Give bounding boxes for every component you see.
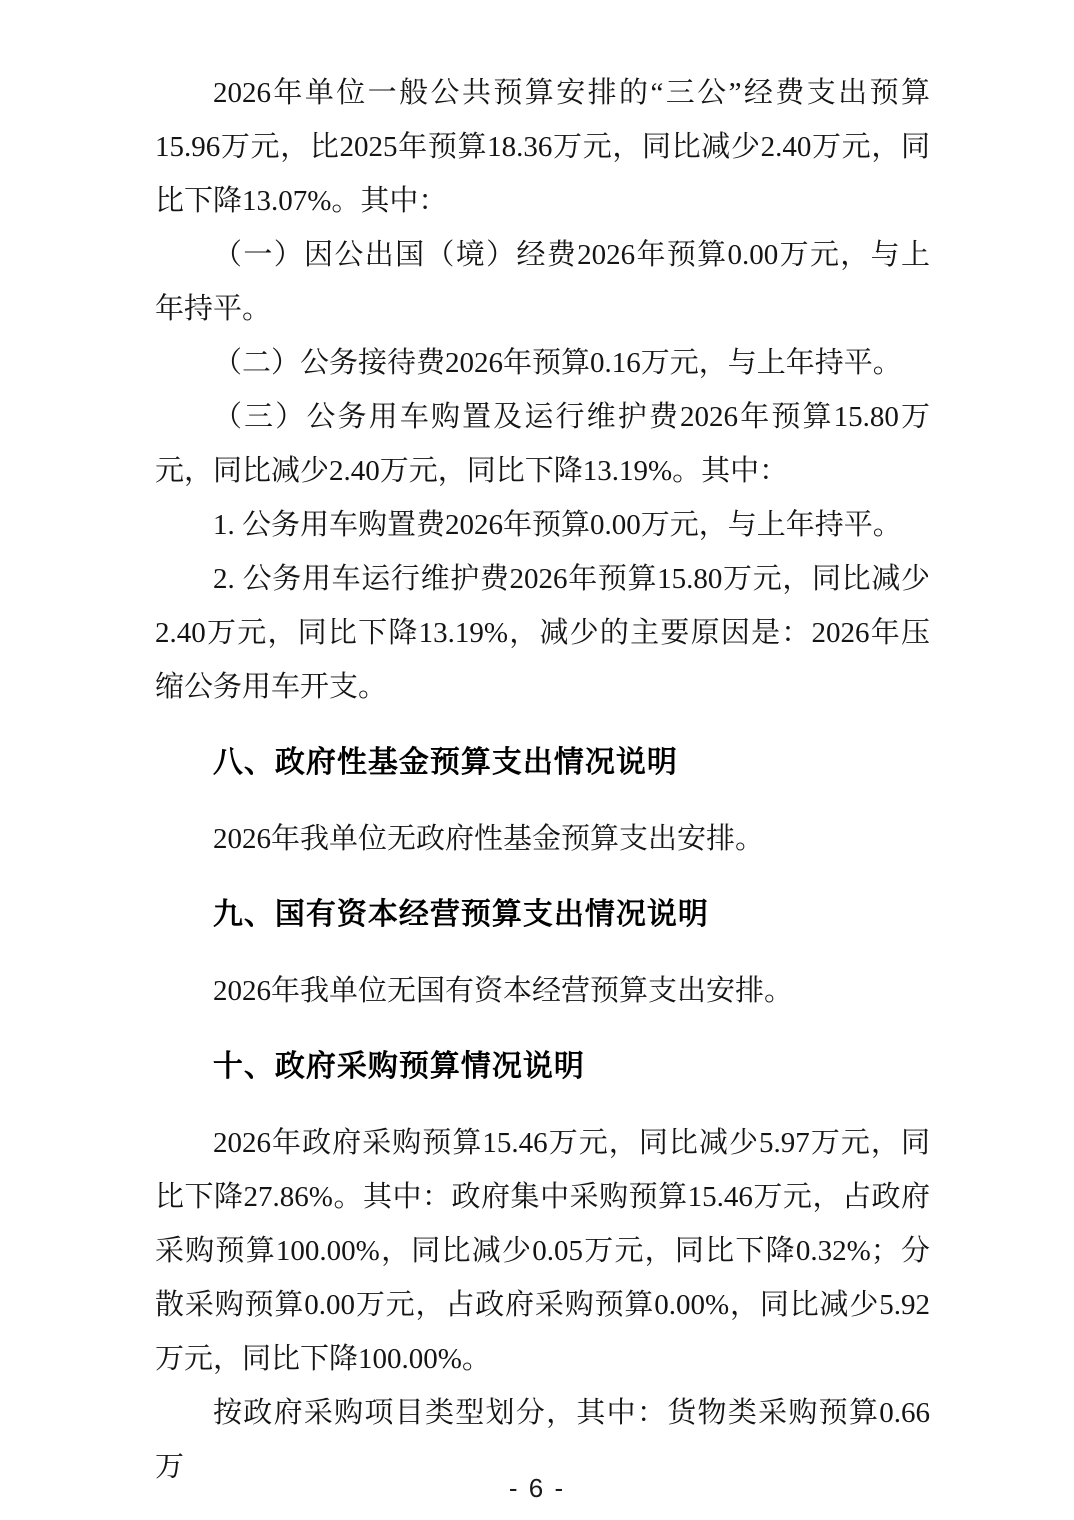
paragraph-sangong-summary: 2026年单位一般公共预算安排的“三公”经费支出预算15.96万元，比2025年… [155, 66, 930, 228]
section-heading-9-state-capital: 九、国有资本经营预算支出情况说明 [155, 888, 930, 942]
paragraph-procurement-summary: 2026年政府采购预算15.46万元，同比减少5.97万元，同比下降27.86%… [155, 1116, 930, 1386]
page-number: - 6 - [0, 1473, 1074, 1504]
paragraph-vehicle-maintenance: 2. 公务用车运行维护费2026年预算15.80万元，同比减少2.40万元，同比… [155, 552, 930, 714]
paragraph-government-funds: 2026年我单位无政府性基金预算支出安排。 [155, 812, 930, 866]
document-page: 2026年单位一般公共预算安排的“三公”经费支出预算15.96万元，比2025年… [0, 0, 1074, 1520]
paragraph-state-capital: 2026年我单位无国有资本经营预算支出安排。 [155, 964, 930, 1018]
paragraph-item-3-vehicle: （三）公务用车购置及运行维护费2026年预算15.80万元，同比减少2.40万元… [155, 390, 930, 498]
paragraph-item-2-reception: （二）公务接待费2026年预算0.16万元，与上年持平。 [155, 336, 930, 390]
section-heading-8-government-funds: 八、政府性基金预算支出情况说明 [155, 736, 930, 790]
section-heading-10-procurement: 十、政府采购预算情况说明 [155, 1040, 930, 1094]
paragraph-item-1-abroad: （一）因公出国（境）经费2026年预算0.00万元，与上年持平。 [155, 228, 930, 336]
paragraph-vehicle-purchase: 1. 公务用车购置费2026年预算0.00万元，与上年持平。 [155, 498, 930, 552]
